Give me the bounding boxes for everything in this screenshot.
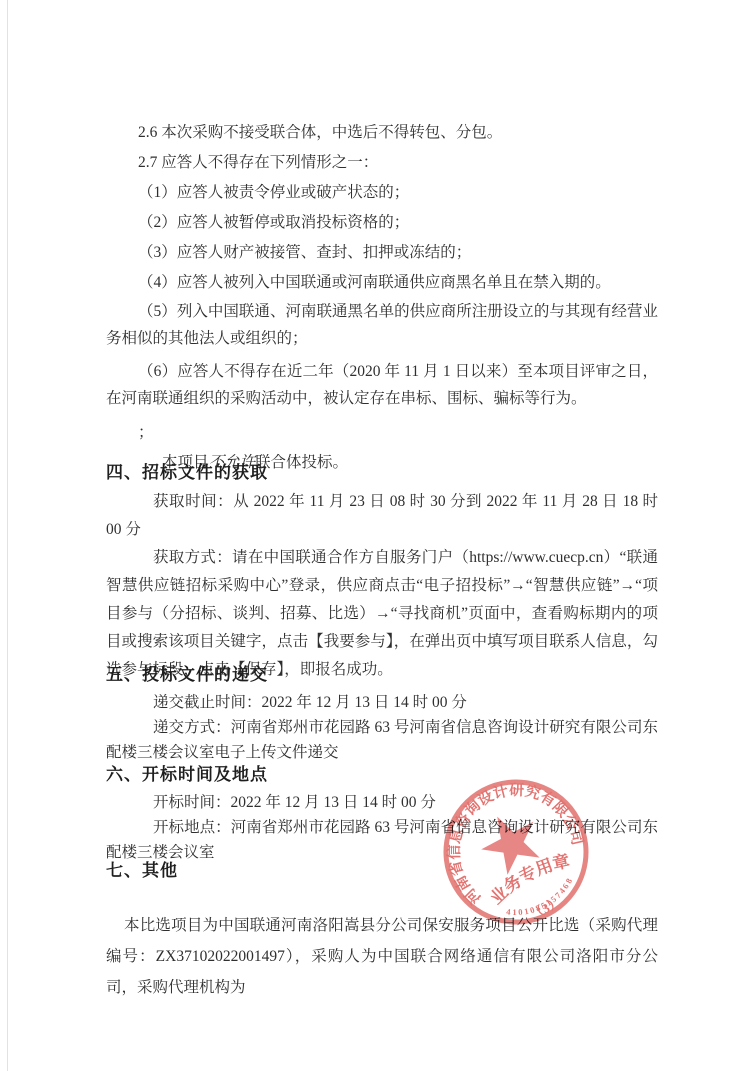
clause-item-2: （2）应答人被暂停或取消投标资格的； bbox=[106, 208, 658, 238]
section-obtain-documents: 四、招标文件的获取 获取时间：从 2022 年 11 月 23 日 08 时 3… bbox=[106, 458, 658, 684]
clause-item-4: （4）应答人被列入中国联通或河南联通供应商黑名单且在禁入期的。 bbox=[106, 268, 658, 298]
clause-item-3: （3）应答人财产被接管、查封、扣押或冻结的； bbox=[106, 238, 658, 268]
submission-deadline-paragraph: 递交截止时间：2022 年 12 月 13 日 14 时 00 分 bbox=[106, 690, 658, 715]
clause-item-1: （1）应答人被责令停业或破产状态的； bbox=[106, 178, 658, 208]
section-heading-obtain: 四、招标文件的获取 bbox=[106, 458, 658, 488]
clause-item-6: （6）应答人不得存在近二年（2020 年 11 月 1 日以来）至本项目评审之日… bbox=[106, 358, 658, 412]
section-heading-other: 七、其他 bbox=[106, 856, 658, 886]
project-summary-paragraph: 本比选项目为中国联通河南洛阳嵩县分公司保安服务项目公开比选（采购代理编号：ZX3… bbox=[106, 910, 658, 1003]
section-heading-opening: 六、开标时间及地点 bbox=[106, 760, 658, 790]
section-bid-submission: 五、投标文件的递交 递交截止时间：2022 年 12 月 13 日 14 时 0… bbox=[106, 660, 658, 765]
section-bid-opening: 六、开标时间及地点 开标时间：2022 年 12 月 13 日 14 时 00 … bbox=[106, 760, 658, 865]
opening-time-paragraph: 开标时间：2022 年 12 月 13 日 14 时 00 分 bbox=[106, 790, 658, 815]
clause-item-5: （5）列入中国联通、河南联通黑名单的供应商所注册设立的与其现有经营业务相似的其他… bbox=[106, 298, 658, 352]
clauses-block: 2.6 本次采购不接受联合体，中选后不得转包、分包。 2.7 应答人不得存在下列… bbox=[106, 118, 658, 478]
clause-2-7: 2.7 应答人不得存在下列情形之一： bbox=[106, 148, 658, 178]
scan-edge-shadow bbox=[7, 0, 8, 1071]
clause-2-6: 2.6 本次采购不接受联合体，中选后不得转包、分包。 bbox=[106, 118, 658, 148]
section-heading-submission: 五、投标文件的递交 bbox=[106, 660, 658, 690]
submission-method-paragraph: 递交方式：河南省郑州市花园路 63 号河南省信息咨询设计研究有限公司东配楼三楼会… bbox=[106, 715, 658, 765]
stray-semicolon: ； bbox=[106, 418, 658, 448]
section-other: 七、其他 bbox=[106, 856, 658, 886]
document-page: 2.6 本次采购不接受联合体，中选后不得转包、分包。 2.7 应答人不得存在下列… bbox=[0, 0, 755, 1071]
footer-block: 本比选项目为中国联通河南洛阳嵩县分公司保安服务项目公开比选（采购代理编号：ZX3… bbox=[106, 910, 658, 1003]
obtain-time-paragraph: 获取时间：从 2022 年 11 月 23 日 08 时 30 分到 2022 … bbox=[106, 488, 658, 544]
